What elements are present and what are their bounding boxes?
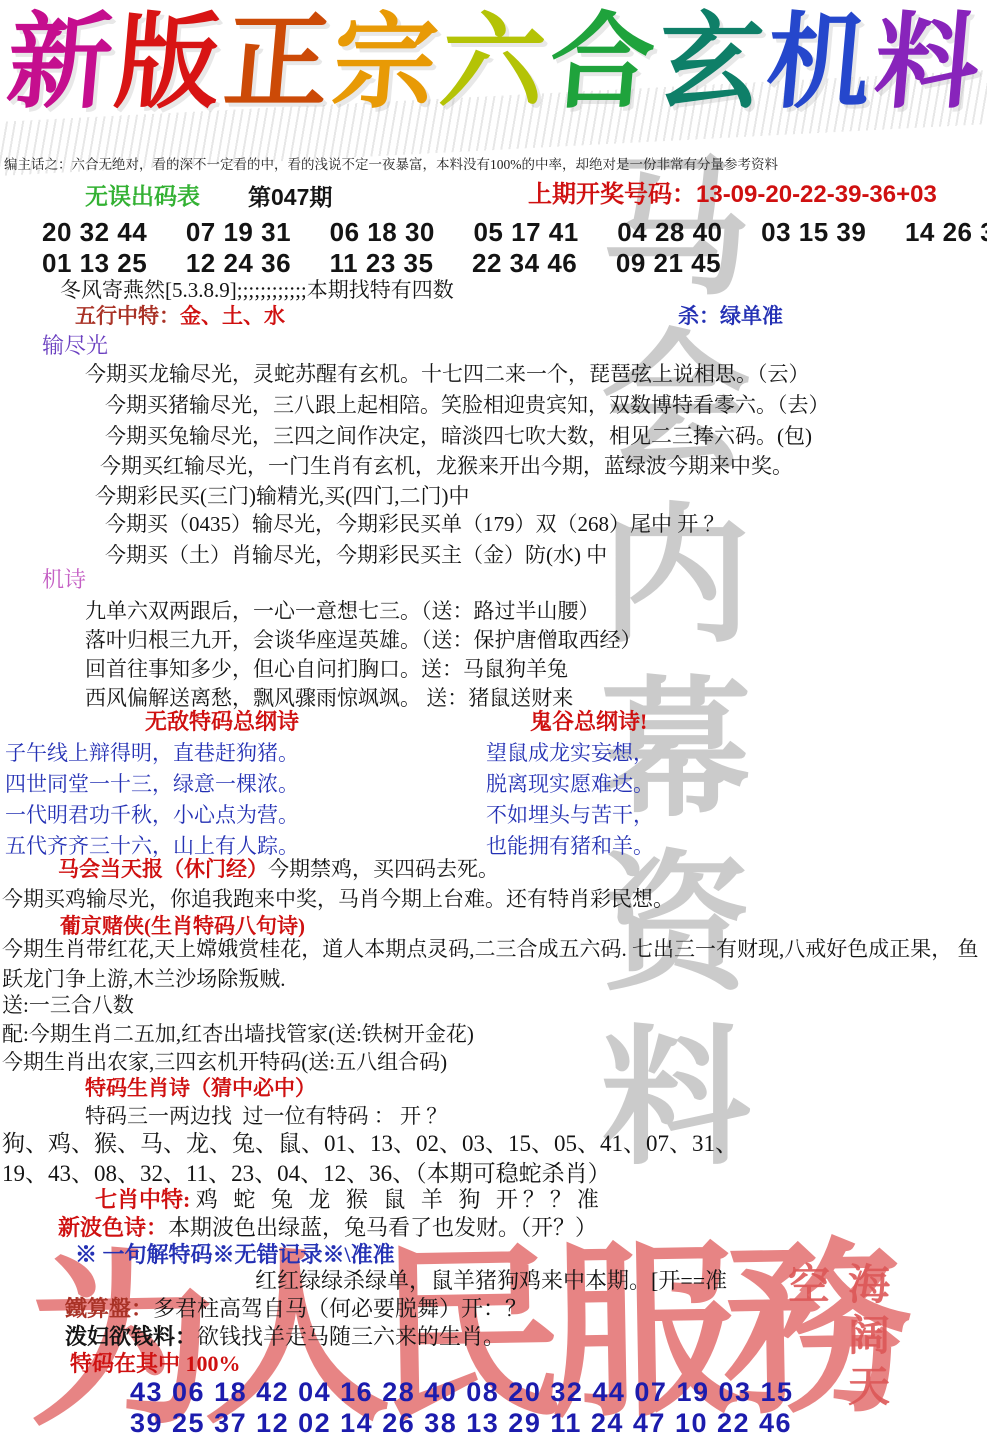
pofu-label: 泼妇欲钱料：: [65, 1324, 197, 1349]
title-char: 料: [869, 0, 985, 132]
jishi-line: 九单六双两跟后，一心一意想七三。（送：路过半山腰）: [85, 598, 600, 624]
code-table-name: 无误出码表: [85, 183, 200, 212]
yiju-line1: ※ 一句解特码※无错记录※\准准: [75, 1241, 395, 1269]
shengxiao-title: 特码生肖诗（猜中必中）: [85, 1075, 316, 1101]
code-table-row: 01 13 25 12 24 36 11 23 35 22 34 46 09 2…: [42, 247, 721, 280]
grand-poem-right-line: 望鼠成龙实妄想，: [486, 740, 654, 766]
pujing-song: 送:一三合八数: [2, 992, 134, 1018]
code-table-note: 冬风寄燕然[5.3.8.9];;;;;;;;;;;;本期找特有四数: [60, 277, 454, 303]
shujinguang-line: 今期买龙输尽光，灵蛇苏醒有玄机。十七四二来一个，琵琶弦上说相思。（云）: [85, 361, 810, 387]
qixiao-text: 鸡 蛇 兔 龙 猴 鼠 羊 狗 开？？准: [196, 1187, 604, 1212]
grand-poem-right-line: 也能拥有猪和羊。: [486, 833, 654, 859]
code-table-row: 20 32 44 07 19 31 06 18 30 05 17 41 04 2…: [42, 216, 987, 249]
title-char: 玄: [652, 0, 768, 132]
qixiao-line: 七肖中特: 鸡 蛇 兔 龙 猴 鼠 羊 狗 开？？准: [95, 1186, 604, 1214]
tianbao-line2: 今期买鸡输尽光，你追我跑来中奖，马肖今期上台难。还有特肖彩民想。: [2, 886, 674, 912]
shujinguang-line: 今期买红输尽光，一门生肖有玄机，龙猴来开出今期，蓝绿波今期来中奖。: [100, 453, 793, 479]
editor-note: 编主话之：六合无绝对，看的深不一定看的中，看的浅说不定一夜暴富，本料没有100%…: [4, 157, 778, 174]
grand-poem-right-line: 脱离现实愿难达。: [486, 771, 654, 797]
grand-poem-left-title: 无敌特码总纲诗: [145, 708, 299, 736]
yiju-line2: 红红绿绿杀绿单，鼠羊猪狗鸡来中本期。[开==准: [255, 1267, 727, 1295]
grand-poem-right-line: 不如埋头与苦干，: [486, 802, 654, 828]
title-char: 新: [2, 0, 118, 132]
shengxiao-line3: 19、43、08、32、11、23、04、12、36、（本期可稳蛇杀肖）: [2, 1160, 611, 1189]
tianbao-text: 今期禁鸡，买四码去死。: [268, 857, 499, 881]
shujinguang-line: 今期买（0435）输尽光，今期彩民买单（179）双（268）尾中 开 ？: [105, 511, 725, 537]
grand-poem-right-title: 鬼谷总纲诗!: [530, 708, 647, 736]
pujing-pei: 配:今期生肖二五加,红杏出墙找管家(送:铁树开金花): [2, 1021, 474, 1047]
grand-poem-left-line: 一代明君功千秋，小心点为营。: [5, 802, 299, 828]
tiesuanpan-line: 鐵算盤：多君柱高驾自马（何必要脱舞）开：？: [65, 1295, 527, 1323]
five-elements-line: 五行中特：金、土、水: [75, 303, 285, 329]
kill-note: 杀：绿单准: [678, 303, 783, 329]
jishi-line: 回首往事知多少，但心自问扪胸口。送：马鼠狗羊兔: [85, 656, 568, 682]
boshi-line: 新波色诗：本期波色出绿蓝，兔马看了也发财。（开？）: [58, 1214, 597, 1242]
tiesuanpan-text: 多君柱高驾自马（何必要脱舞）开：？: [153, 1296, 527, 1321]
grand-poem-left-line: 子午线上辩得明，直巷赶狗猪。: [5, 740, 299, 766]
shujinguang-line: 今期买猪输尽光，三八跟上起相陪。笑脸相迎贵宾知，双数博特看零六。（去）: [105, 392, 830, 418]
shujinguang-line: 今期彩民买(三门)输精光,买(四门,二门)中: [95, 483, 469, 509]
title-char: 机: [760, 0, 876, 132]
right-red-watermark: 海阔天空: [776, 1262, 896, 1448]
jishi-line: 落叶归根三九开，会谈华座逞英雄。（送：保护唐僧取西经）: [85, 627, 642, 653]
qixiao-label: 七肖中特:: [95, 1187, 190, 1212]
five-elements-values: 金、土、水: [180, 304, 285, 328]
five-elements-label: 五行中特：: [75, 304, 180, 328]
final-number-row: 39 25 37 12 02 14 26 38 13 29 11 24 47 1…: [130, 1407, 792, 1441]
shengxiao-line1: 特码三一两边找 过一位有特码 ： 开 ？: [85, 1103, 447, 1129]
final-number-row: 43 06 18 42 04 16 28 40 08 20 32 44 07 1…: [130, 1376, 794, 1410]
page-title: 新 版 正 宗 六 合 玄 机 料: [0, 0, 987, 132]
boshi-label: 新波色诗：: [58, 1215, 168, 1240]
issue-number: 第047期: [248, 183, 332, 212]
section-title-shujinguang: 输尽光: [42, 332, 108, 360]
grand-poem-left-line: 四世同堂一十三，绿意一棵浓。: [5, 771, 299, 797]
shengxiao-line2: 狗、鸡、猴、马、龙、兔、鼠、01、13、02、03、15、05、41、07、31…: [2, 1130, 738, 1159]
last-draw-numbers: 上期开奖号码：13-09-20-22-39-36+03: [528, 180, 937, 210]
tianbao-line: 马会当天报（休门经）今期禁鸡，买四码去死。: [58, 856, 499, 882]
shujinguang-line: 今期买兔输尽光，三四之间作决定，暗淡四七吹大数，相见二三捧六码。(包): [105, 423, 812, 449]
shujinguang-line: 今期买（土）肖输尽光，今期彩民买主（金）防(水) 中: [105, 542, 607, 568]
pujing-paragraph: 今期生肖带红花,天上嫦娥赏桂花，道人本期点灵码,二三合成五六码. 七出三一有财现…: [2, 934, 986, 994]
section-title-jishi: 机诗: [42, 566, 86, 594]
boshi-text: 本期波色出绿蓝，兔马看了也发财。（开？）: [168, 1215, 597, 1240]
tip-sheet-page: 马会内幕资料 为人民服務 海阔天空 新 版 正 宗 六 合 玄 机 料 编主话之…: [0, 0, 987, 1448]
title-char: 宗: [327, 0, 443, 132]
pofu-text: 欲钱找羊走马随三六来的生肖。: [197, 1324, 505, 1349]
final-label: 特码在其中 100%: [70, 1350, 241, 1378]
title-char: 版: [110, 0, 226, 132]
pofu-line: 泼妇欲钱料：欲钱找羊走马随三六来的生肖。: [65, 1323, 505, 1351]
title-char: 正: [219, 0, 335, 132]
pujing-nong: 今期生肖出农家,三四玄机开特码(送:五八组合码): [2, 1049, 447, 1075]
tiesuanpan-label: 鐵算盤：: [65, 1296, 153, 1321]
title-char: 六: [435, 0, 551, 132]
tianbao-label: 马会当天报（休门经）: [58, 857, 268, 881]
title-char: 合: [544, 0, 660, 132]
